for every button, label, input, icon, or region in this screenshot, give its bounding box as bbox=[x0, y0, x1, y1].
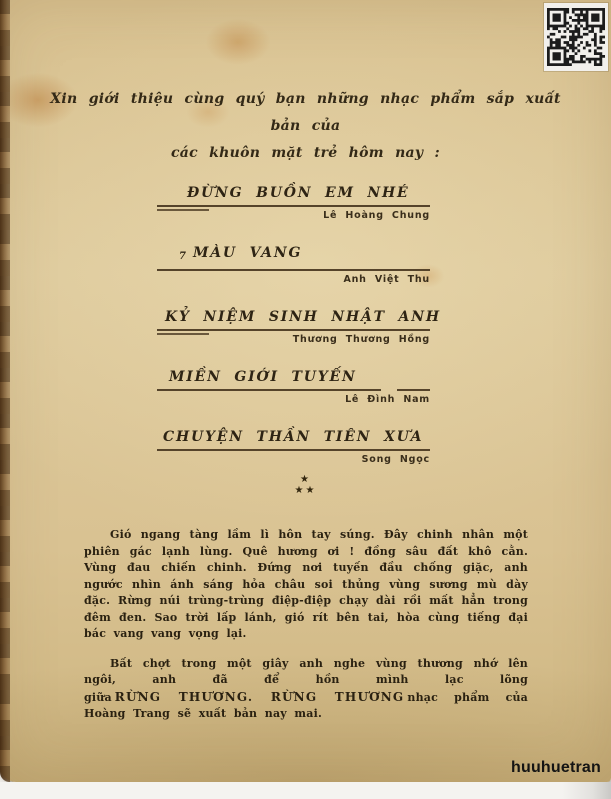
scanned-sheet-music-back-cover: Xin giới thiệu cùng quý bạn những nhạc p… bbox=[0, 0, 611, 799]
song-entry: KỶ NIỆM SINH NHẬT ANH Thương Thương Hồng bbox=[157, 307, 430, 345]
song-entry: ĐỪNG BUỒN EM NHÉ Lê Hoàng Chung bbox=[157, 183, 430, 221]
song-author: Lê Hoàng Chung bbox=[157, 210, 430, 221]
title-underline bbox=[157, 449, 430, 451]
star-icon: ★★ bbox=[0, 485, 611, 496]
promo-paragraphs: Gió ngang tàng lầm lì hôn tay súng. Đây … bbox=[84, 527, 528, 723]
promo-paragraph-1: Gió ngang tàng lầm lì hôn tay súng. Đây … bbox=[84, 527, 528, 643]
song-author: Song Ngọc bbox=[157, 454, 430, 465]
song-author: Anh Việt Thu bbox=[157, 274, 430, 285]
song-title: ĐỪNG BUỒN EM NHÉ bbox=[157, 183, 430, 203]
song-title-prefix: 7 bbox=[179, 251, 187, 262]
star-icon: ★ bbox=[0, 474, 611, 485]
intro-text: Xin giới thiệu cùng quý bạn những nhạc p… bbox=[40, 86, 571, 167]
title-underline bbox=[157, 269, 430, 271]
song-title: MIỀN GIỚI TUYẾN bbox=[157, 367, 430, 387]
song-title: 7MÀU VANG bbox=[157, 243, 430, 267]
title-underline bbox=[157, 389, 430, 391]
song-author: Thương Thương Hồng bbox=[157, 334, 430, 345]
title-underline bbox=[157, 329, 430, 331]
promo-paragraph-2: Bất chợt trong một giây anh nghe vùng th… bbox=[84, 656, 528, 723]
song-author: Lê Đình Nam bbox=[157, 394, 430, 405]
song-title: KỶ NIỆM SINH NHẬT ANH bbox=[157, 307, 430, 327]
intro-line-1: Xin giới thiệu cùng quý bạn những nhạc p… bbox=[40, 86, 571, 140]
song-title: CHUYỆN THẦN TIÊN XƯA bbox=[157, 427, 430, 447]
song-name-emphasis: RỪNG THƯƠNG. RỪNG THƯƠNG bbox=[115, 690, 405, 704]
intro-line-2: các khuôn mặt trẻ hôm nay : bbox=[40, 140, 571, 167]
song-entry: MIỀN GIỚI TUYẾN Lê Đình Nam bbox=[157, 367, 430, 405]
scanner-edge-strip bbox=[0, 782, 611, 799]
qr-code bbox=[544, 3, 608, 71]
book-spine-edge bbox=[0, 0, 10, 782]
song-entry: CHUYỆN THẦN TIÊN XƯA Song Ngọc bbox=[157, 427, 430, 465]
title-underline bbox=[157, 205, 430, 207]
stars-divider: ★ ★★ bbox=[0, 474, 611, 496]
song-title-text: MÀU VANG bbox=[193, 245, 302, 261]
song-entry: 7MÀU VANG Anh Việt Thu bbox=[157, 243, 430, 285]
collector-watermark: huuhuetran bbox=[511, 759, 601, 777]
upcoming-songs-list: ĐỪNG BUỒN EM NHÉ Lê Hoàng Chung 7MÀU VAN… bbox=[157, 183, 430, 487]
